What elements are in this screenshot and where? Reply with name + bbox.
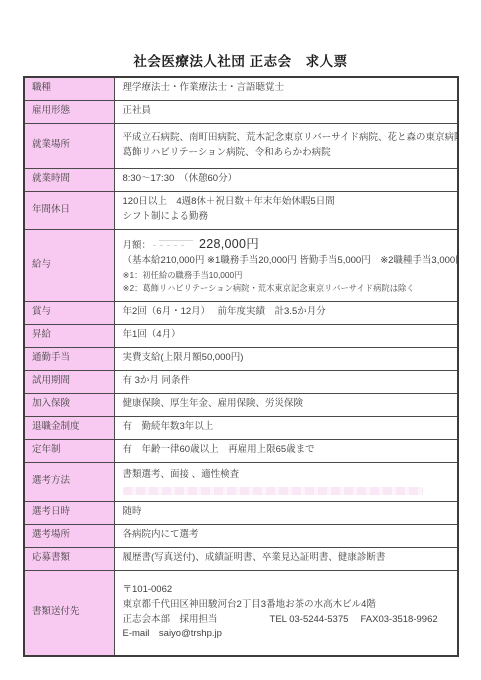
- table-row: 雇用形態正社員: [24, 100, 458, 123]
- value-line: 年2回（6月・12月） 前年度実績 計3.5か月分: [123, 305, 452, 320]
- row-label: 就業時間: [24, 168, 114, 191]
- table-row: 通勤手当実費支給(上限月額50,000円): [24, 347, 458, 370]
- table-row: 選考場所各病院内にて選考: [24, 524, 458, 547]
- row-label: 試用期間: [24, 370, 114, 393]
- table-row: 給与月額：228,000円（基本給210,000円 ※1職務手当20,000円 …: [24, 229, 458, 301]
- row-label: 書類送付先: [24, 570, 114, 656]
- table-row: 退職金制度有 勤続年数3年以上: [24, 416, 458, 439]
- row-value: 年2回（6月・12月） 前年度実績 計3.5か月分: [114, 301, 458, 324]
- value-line: シフト制による勤務: [123, 210, 452, 225]
- row-value: 正社員: [114, 100, 458, 123]
- value-line: 有 3か月 同条件: [123, 374, 452, 389]
- table-row: 選考方法書類選考、面接 、適性検査: [24, 462, 458, 501]
- table-row: 選考日時随時: [24, 501, 458, 524]
- value-line: 120日以上 4週8休＋祝日数＋年末年始休暇5日間: [123, 195, 452, 210]
- row-label: 退職金制度: [24, 416, 114, 439]
- row-label: 雇用形態: [24, 100, 114, 123]
- value-line: 書類選考、面接 、適性検査: [123, 468, 452, 483]
- row-label: 定年制: [24, 439, 114, 462]
- value-line: 随時: [123, 505, 452, 520]
- table-row: 就業場所平成立石病院、南町田病院、荒木記念東京リバーサイド病院、花と森の東京病院…: [24, 123, 458, 168]
- value-line: 年1回（4月）: [123, 328, 452, 343]
- value-line: 各病院内にて選考: [123, 528, 452, 543]
- row-value: 120日以上 4週8休＋祝日数＋年末年始休暇5日間シフト制による勤務: [114, 191, 458, 229]
- erased-old-amount-trace: [153, 239, 193, 248]
- row-label: 応募書類: [24, 547, 114, 570]
- salary-note-1: ※1：初任給の職務手当10,000円: [123, 269, 452, 282]
- salary-prefix: 月額：: [123, 240, 152, 251]
- value-line: 実費支給(上限月額50,000円): [123, 351, 452, 366]
- row-value: 年1回（4月）: [114, 324, 458, 347]
- table-row: 職種理学療法士・作業療法士・言語聴覚士: [24, 77, 458, 100]
- row-value: 理学療法士・作業療法士・言語聴覚士: [114, 77, 458, 100]
- table-row: 試用期間有 3か月 同条件: [24, 370, 458, 393]
- row-label: 給与: [24, 229, 114, 301]
- table-row: 年間休日120日以上 4週8休＋祝日数＋年末年始休暇5日間シフト制による勤務: [24, 191, 458, 229]
- value-line: 有 勤続年数3年以上: [123, 420, 452, 435]
- row-label: 選考場所: [24, 524, 114, 547]
- page-title: 社会医療法人社団 正志会 求人票: [0, 0, 481, 70]
- row-value: 随時: [114, 501, 458, 524]
- table-row: 応募書類履歴書(写真送付)、成績証明書、卒業見込証明書、健康診断書: [24, 547, 458, 570]
- table-row: 加入保険健康保険、厚生年金、雇用保険、労災保険: [24, 393, 458, 416]
- row-value: 有 年齢一律60歳以上 再雇用上限65歳まで: [114, 439, 458, 462]
- value-line: 有 年齢一律60歳以上 再雇用上限65歳まで: [123, 443, 452, 458]
- row-label: 昇給: [24, 324, 114, 347]
- contact-line: 正志会本部 採用担当TEL 03-5244-5375 FAX03-3518-99…: [123, 613, 452, 628]
- job-posting-table: 職種理学療法士・作業療法士・言語聴覚士雇用形態正社員就業場所平成立石病院、南町田…: [23, 76, 459, 657]
- value-line: 平成立石病院、南町田病院、荒木記念東京リバーサイド病院、花と森の東京病院: [123, 131, 452, 146]
- value-line: 東京都千代田区神田駿河台2丁目3番地お茶の水高木ビル4階: [123, 598, 452, 613]
- value-line: 8:30～17:30 （休憩60分）: [123, 172, 452, 187]
- table-row: 昇給年1回（4月）: [24, 324, 458, 347]
- row-label: 選考日時: [24, 501, 114, 524]
- row-value: 平成立石病院、南町田病院、荒木記念東京リバーサイド病院、花と森の東京病院葛飾リハ…: [114, 123, 458, 168]
- contact-email: E-mail saiyo@trshp.jp: [123, 627, 452, 642]
- row-label: 就業場所: [24, 123, 114, 168]
- row-value: 月額：228,000円（基本給210,000円 ※1職務手当20,000円 皆勤…: [114, 229, 458, 301]
- row-label: 年間休日: [24, 191, 114, 229]
- salary-breakdown: （基本給210,000円 ※1職務手当20,000円 皆勤手当5,000円 ※2…: [123, 254, 452, 269]
- value-line: 履歴書(写真送付)、成績証明書、卒業見込証明書、健康診断書: [123, 551, 452, 566]
- row-value: 各病院内にて選考: [114, 524, 458, 547]
- contact-department: 正志会本部 採用担当: [123, 614, 218, 625]
- salary-note-2: ※2：葛飾リハビリテーション病院・荒木東京記念東京リバーサイド病院は除く: [123, 282, 452, 295]
- value-line: 健康保険、厚生年金、雇用保険、労災保険: [123, 397, 452, 412]
- value-line: 正社員: [123, 104, 452, 119]
- row-label: 選考方法: [24, 462, 114, 501]
- value-line: 〒101-0062: [123, 583, 452, 598]
- row-value: 履歴書(写真送付)、成績証明書、卒業見込証明書、健康診断書: [114, 547, 458, 570]
- row-label: 通勤手当: [24, 347, 114, 370]
- row-label: 賞与: [24, 301, 114, 324]
- row-label: 加入保険: [24, 393, 114, 416]
- salary-amount: 228,000円: [199, 237, 259, 251]
- row-value: 実費支給(上限月額50,000円): [114, 347, 458, 370]
- table-row: 賞与年2回（6月・12月） 前年度実績 計3.5か月分: [24, 301, 458, 324]
- value-line: 葛飾リハビリテーション病院、令和あらかわ病院: [123, 146, 452, 161]
- table-row: 定年制有 年齢一律60歳以上 再雇用上限65歳まで: [24, 439, 458, 462]
- jobform-table-body: 職種理学療法士・作業療法士・言語聴覚士雇用形態正社員就業場所平成立石病院、南町田…: [24, 77, 458, 656]
- salary-monthly-line: 月額：228,000円: [123, 235, 452, 254]
- row-value: 〒101-0062東京都千代田区神田駿河台2丁目3番地お茶の水高木ビル4階正志会…: [114, 570, 458, 656]
- row-value: 書類選考、面接 、適性検査: [114, 462, 458, 501]
- row-label: 職種: [24, 77, 114, 100]
- value-line: 理学療法士・作業療法士・言語聴覚士: [123, 81, 452, 96]
- row-value: 有 勤続年数3年以上: [114, 416, 458, 439]
- erased-text-trace: [123, 487, 423, 495]
- job-posting-page: 社会医療法人社団 正志会 求人票 職種理学療法士・作業療法士・言語聴覚士雇用形態…: [0, 0, 481, 680]
- table-row: 就業時間8:30～17:30 （休憩60分）: [24, 168, 458, 191]
- contact-tel-fax: TEL 03-5244-5375 FAX03-3518-9962: [270, 614, 438, 625]
- row-value: 8:30～17:30 （休憩60分）: [114, 168, 458, 191]
- row-value: 有 3か月 同条件: [114, 370, 458, 393]
- row-value: 健康保険、厚生年金、雇用保険、労災保険: [114, 393, 458, 416]
- table-row: 書類送付先〒101-0062東京都千代田区神田駿河台2丁目3番地お茶の水高木ビル…: [24, 570, 458, 656]
